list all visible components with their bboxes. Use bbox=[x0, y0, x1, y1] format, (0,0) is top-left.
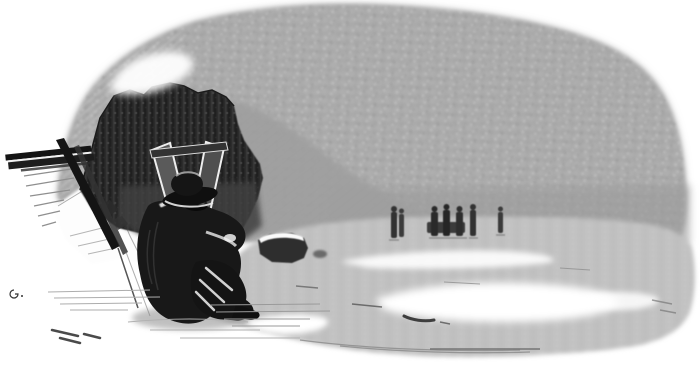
tiny-dot-left-edge bbox=[21, 295, 23, 297]
distant-figure-head bbox=[391, 206, 397, 212]
figure-elbow-patch bbox=[224, 234, 236, 242]
engraving-canvas bbox=[0, 0, 700, 375]
distant-figure bbox=[470, 210, 476, 236]
distant-figure-head bbox=[457, 206, 463, 212]
distant-figure bbox=[443, 210, 450, 236]
distant-figure bbox=[391, 212, 397, 238]
distant-figure-head bbox=[432, 206, 438, 212]
distant-figure bbox=[431, 212, 438, 236]
distant-figure bbox=[456, 212, 463, 236]
small-rock bbox=[313, 250, 327, 258]
distant-figure bbox=[399, 214, 404, 237]
distant-figure-head bbox=[470, 204, 476, 210]
distant-figure bbox=[498, 212, 503, 233]
engraving-page bbox=[0, 0, 700, 375]
distant-figure-head bbox=[399, 209, 404, 214]
distant-figure-head bbox=[444, 204, 450, 210]
distant-figure-head bbox=[498, 207, 503, 212]
